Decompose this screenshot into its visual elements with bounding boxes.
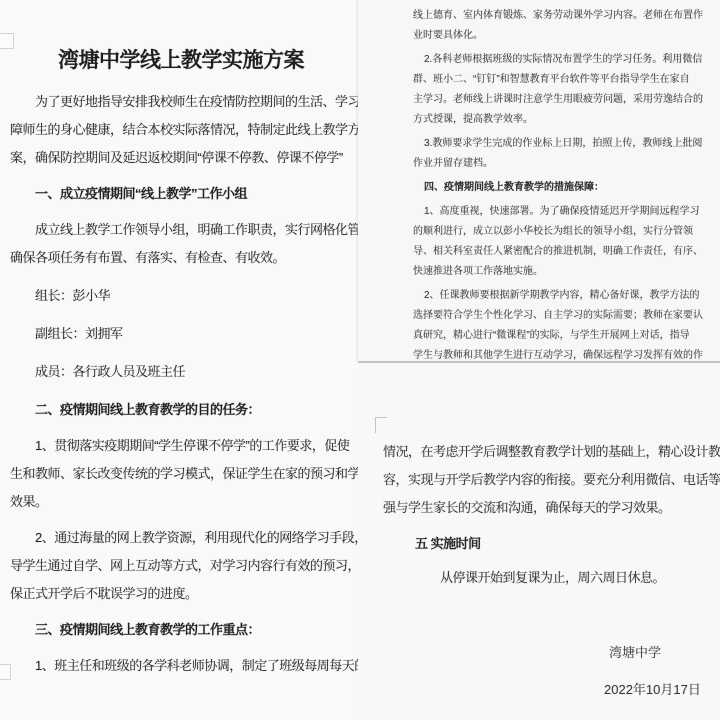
edge-artifact-bottom-icon — [0, 664, 11, 680]
right-top-page-body: 线上德育、室内体育锻炼、家务劳动课外学习内容。老师在布置作业时要具体化。2.各科… — [358, 6, 720, 363]
text-line: 群、班小二、“钉钉”和智慧教育平台软件等平台指导学生在家自 — [413, 70, 720, 90]
text-line: 效果。 — [10, 488, 362, 516]
text-line: 业时要具体化。 — [413, 26, 720, 46]
text-line: 组长：彭小华 — [35, 282, 362, 310]
right-top-page: 线上德育、室内体育锻炼、家务劳动课外学习内容。老师在布置作业时要具体化。2.各科… — [358, 0, 720, 363]
text-line: 副组长：刘拥军 — [35, 320, 362, 348]
text-line: 选择要符合学生个性化学习、自主学习的实际需要；教师在家要认 — [413, 306, 720, 326]
text-line: 导、相关科室责任人紧密配合的推进机制，明确工作责任，有序、 — [413, 242, 720, 262]
text-line: 从停课开始到复课为止，周六周日休息。 — [440, 564, 720, 592]
text-line: 导学生通过自学、网上互动等方式，对学习内容行有效的预习， — [10, 552, 362, 580]
text-line: 强与学生家长的交流和沟通，确保每天的学习效果。 — [383, 494, 720, 522]
left-page-body: 为了更好地指导安排我校师生在疫情防控期间的生活、学习障师生的身心健康，结合本校实… — [0, 88, 362, 680]
text-line: 生和教师、家长改变传统的学习模式，保证学生在家的预习和学 — [10, 460, 362, 488]
left-page: 湾塘中学线上教学实施方案 为了更好地指导安排我校师生在疫情防控期间的生活、学习障… — [0, 0, 362, 720]
document-title: 湾塘中学线上教学实施方案 — [0, 44, 362, 74]
text-line: 成员：各行政人员及班主任 — [35, 358, 362, 386]
text-line: 1、贯彻落实疫期期间“学生停课不停学”的工作要求，促使 — [35, 432, 362, 460]
text-line: 情况，在考虑开学后调整教育教学计划的基础上，精心设计教 — [383, 438, 720, 466]
text-line: 2、通过海量的网上教学资源，利用现代化的网络学习手段， — [35, 524, 362, 552]
text-line: 为了更好地指导安排我校师生在疫情防控期间的生活、学习 — [35, 88, 362, 116]
right-bottom-page-body: 情况，在考虑开学后调整教育教学计划的基础上，精心设计教容，实现与开学后教学内容的… — [358, 438, 720, 592]
text-line: 容，实现与开学后教学内容的衔接。要充分利用微信、电话等 — [383, 466, 720, 494]
text-line: 真研究，精心进行“微课程”的实际，与学生开展网上对话，指导 — [413, 326, 720, 346]
text-line: 案，确保防控期间及延迟返校期间“停课不停教、停课不停学” — [10, 144, 362, 172]
document-date: 2022年10月17日 — [604, 676, 720, 704]
text-line: 作业并留存建档。 — [413, 154, 720, 174]
text-line: 线上德育、室内体育锻炼、家务劳动课外学习内容。老师在布置作 — [413, 6, 720, 26]
text-line: 保正式开学后不耽误学习的进度。 — [10, 580, 362, 608]
school-signature: 湾塘中学 — [609, 639, 720, 667]
right-bottom-page: 情况，在考虑开学后调整教育教学计划的基础上，精心设计教容，实现与开学后教学内容的… — [358, 363, 720, 720]
text-line: 成立线上教学工作领导小组，明确工作职责，实行网格化管理 — [35, 216, 362, 244]
text-line: 方式授课，提高教学效率。 — [413, 110, 720, 130]
text-line: 1、高度重视，快速部署。为了确保疫情延迟开学期间远程学习 — [424, 202, 720, 222]
text-line: 1、班主任和班级的各学科老师协调，制定了班级每周每天的 — [35, 652, 362, 680]
text-line: 快速推进各项工作落地实施。 — [413, 262, 720, 282]
section-heading-line: 二、疫情期间线上教育教学的目的任务： — [35, 396, 362, 424]
edge-artifact-top-icon — [0, 33, 14, 49]
text-line: 2、任课教师要根据新学期教学内容，精心备好课，教学方法的 — [424, 286, 720, 306]
text-line: 障师生的身心健康，结合本校实际落情况，特制定此线上教学方 — [10, 116, 362, 144]
text-line: 3.教师要求学生完成的作业标上日期，拍照上传，教师线上批阅 — [424, 134, 720, 154]
section-heading-line: 五 实施时间 — [415, 530, 720, 558]
text-boundary-corner-mark — [375, 417, 387, 433]
text-line: 学生与教师和其他学生进行互动学习，确保远程学习发挥有效的作 — [413, 346, 720, 363]
text-line: 2.各科老师根据班级的实际情况布置学生的学习任务。利用微信 — [424, 50, 720, 70]
section-heading-line: 四、疫情期间线上教育教学的措施保障： — [424, 178, 720, 198]
section-heading-line: 三、疫情期间线上教育教学的工作重点： — [35, 616, 362, 644]
text-line: 的顺利进行，成立以彭小华校长为组长的领导小组，实行分管领 — [413, 222, 720, 242]
text-line: 确保各项任务有布置、有落实、有检查、有收效。 — [10, 244, 362, 272]
section-heading-line: 一、成立疫情期间“线上教学”工作小组 — [35, 180, 362, 208]
text-line: 主学习。老师线上讲课时注意学生用眼疲劳问题，采用劳逸结合的 — [413, 90, 720, 110]
page-seam-divider — [356, 0, 358, 361]
document-photo: 湾塘中学线上教学实施方案 为了更好地指导安排我校师生在疫情防控期间的生活、学习障… — [0, 0, 720, 720]
